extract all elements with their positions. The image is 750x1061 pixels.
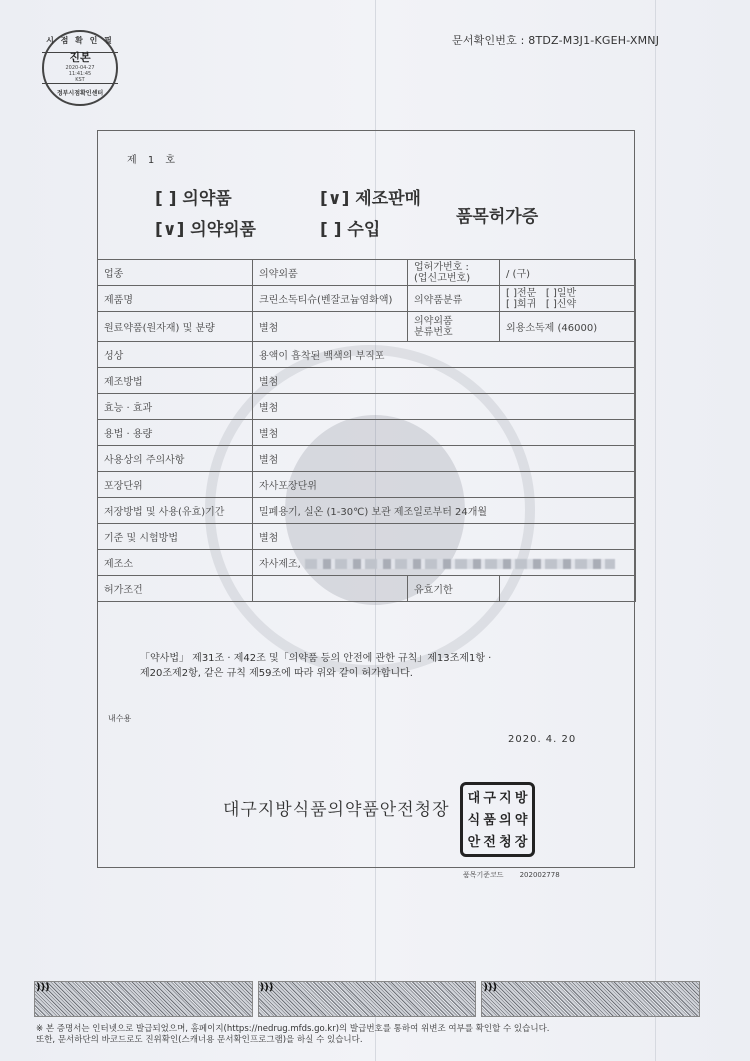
verification-barcodes: ))) ))) ))) [34,981,700,1017]
checkbox-import: [ ] 수입 [320,215,380,240]
table-row: 용법 · 용량별첨 [98,420,636,446]
barcode-2: ))) [258,981,477,1017]
table-row: 제품명 크린소독티슈(벤잘코늄염화액) 의약품분류 [ ]전문 [ ]일반 [ … [98,286,636,312]
row-label: 포장단위 [98,472,253,498]
label-drug-class: 의약품분류 [408,286,500,312]
row-value: 용액이 흡착된 백색의 부직포 [253,342,636,368]
label-quasi-drug-class-no: 의약외품 분류번호 [408,312,500,342]
redacted-address [305,559,615,569]
value-ingredients: 별첨 [253,312,408,342]
value-business-type: 의약외품 [253,260,408,286]
table-row: 성상용액이 흡착된 백색의 부직포 [98,342,636,368]
label-ingredients: 원료약품(원자재) 및 분량 [98,312,253,342]
row-label: 효능 · 효과 [98,394,253,420]
document-page: 시 점 확 인 필 진본 2020-04-27 11:41:45 KST 정부시… [0,0,750,1061]
barcode-1: ))) [34,981,253,1017]
signal-icon: ))) [483,983,497,993]
row-value: 별첨 [253,524,636,550]
row-label: 기준 및 시험방법 [98,524,253,550]
row-label: 사용상의 주의사항 [98,446,253,472]
item-code: 품목기준코드202002778 [463,870,560,880]
row-label: 용법 · 용량 [98,420,253,446]
issuer-name: 대구지방식품의약품안전청장 [223,795,450,820]
value-drug-class: [ ]전문 [ ]일반 [ ]희귀 [ ]신약 [500,286,636,312]
table-row: 원료약품(원자재) 및 분량 별첨 의약외품 분류번호 외용소독제 (46000… [98,312,636,342]
signal-icon: ))) [36,983,50,993]
row-label: 성상 [98,342,253,368]
row-value: 자사포장단위 [253,472,636,498]
table-row: 효능 · 효과별첨 [98,394,636,420]
stamp-top-text: 시 점 확 인 필 [44,35,116,46]
table-row: 제조방법별첨 [98,368,636,394]
fold-line [655,0,656,1061]
domestic-use-label: 내수용 [108,713,131,724]
certificate-title: 품목허가증 [456,202,538,227]
label-expiry: 유효기한 [408,576,500,602]
table-row: 허가조건 유효기한 [98,576,636,602]
value-expiry [500,576,636,602]
label-conditions: 허가조건 [98,576,253,602]
signal-icon: ))) [260,983,274,993]
row-value: 별첨 [253,368,636,394]
value-conditions [253,576,408,602]
row-value: 별첨 [253,420,636,446]
certificate-number: 제 1 호 [127,151,179,166]
checkbox-drug: [ ] 의약품 [155,184,232,209]
license-table: 업종 의약외품 업허가번호 : (업신고번호) / (구) 제품명 크린소독티슈… [97,259,636,602]
legal-basis-text: 「약사법」 제31조 · 제42조 및「의약품 등의 안전에 관한 규칙」제13… [140,651,491,681]
table-row: 기준 및 시험방법별첨 [98,524,636,550]
label-manufacturer: 제조소 [98,550,253,576]
row-value: 별첨 [253,446,636,472]
value-license-no: / (구) [500,260,636,286]
issue-date: 2020. 4. 20 [508,734,576,745]
table-row: 저장방법 및 사용(유효)기간밀폐용기, 실온 (1-30℃) 보관 제조일로부… [98,498,636,524]
stamp-center-text: 진본 [44,52,116,64]
row-label: 제조방법 [98,368,253,394]
table-row: 업종 의약외품 업허가번호 : (업신고번호) / (구) [98,260,636,286]
barcode-3: ))) [481,981,700,1017]
official-seal: 대구지방 식품의약 안전청장 [460,782,535,857]
row-value: 별첨 [253,394,636,420]
verification-notice: ※ 본 증명서는 인터넷으로 발급되었으며, 홈페이지(https://nedr… [36,1024,549,1046]
value-quasi-drug-class-no: 외용소독제 (46000) [500,312,636,342]
stamp-bottom-text: 정부시점확인센터 [44,88,116,97]
document-id: 문서확인번호 : 8TDZ-M3J1-KGEH-XMNJ [452,32,659,48]
row-value: 밀폐용기, 실온 (1-30℃) 보관 제조일로부터 24개월 [253,498,636,524]
label-business-type: 업종 [98,260,253,286]
table-row: 포장단위자사포장단위 [98,472,636,498]
table-row: 사용상의 주의사항별첨 [98,446,636,472]
checkbox-quasi-drug: [∨] 의약외품 [155,215,256,240]
label-product-name: 제품명 [98,286,253,312]
verification-stamp: 시 점 확 인 필 진본 2020-04-27 11:41:45 KST 정부시… [42,30,118,106]
table-row: 제조소 자사제조, [98,550,636,576]
row-label: 저장방법 및 사용(유효)기간 [98,498,253,524]
value-manufacturer: 자사제조, [253,550,636,576]
value-product-name: 크린소독티슈(벤잘코늄염화액) [253,286,408,312]
checkbox-manufacture-sale: [∨] 제조판매 [320,184,421,209]
stamp-timezone: KST [44,77,116,83]
label-license-no: 업허가번호 : (업신고번호) [408,260,500,286]
